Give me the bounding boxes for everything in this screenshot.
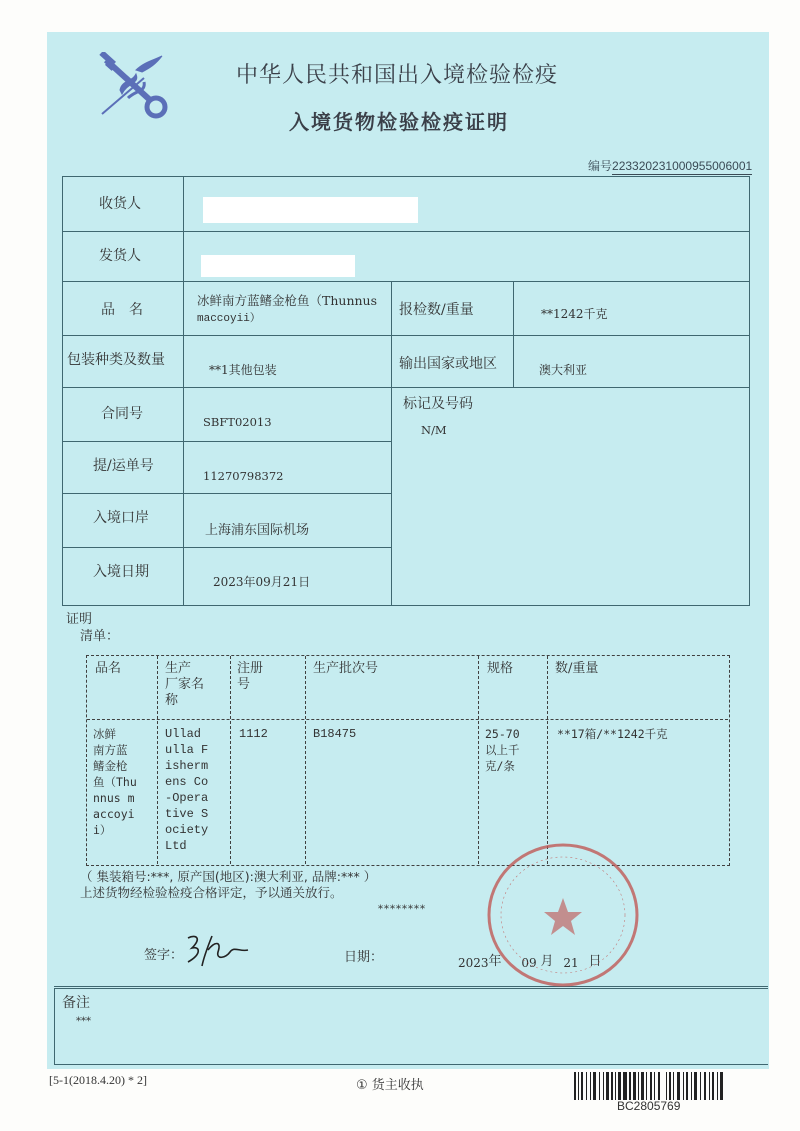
official-red-seal-icon: [484, 840, 642, 990]
col-header-product: 品名: [95, 661, 121, 677]
conclusion-text: 上述货物经检验检疫合格评定，予以通关放行。: [80, 883, 343, 901]
goods-list-table: 品名 生产 厂家名 称 注册 号 生产批次号 规格 数/重量 冰鲜 南方蓝 鳍金…: [86, 655, 730, 866]
remarks-label: 备注: [62, 992, 90, 1012]
declared-qty-value: **1242千克: [541, 305, 608, 322]
cell-manufacturer: Ullad ulla F isherm ens Co -Opera tive S…: [165, 726, 208, 854]
col-header-spec: 规格: [487, 661, 513, 677]
form-code: [5-1(2018.4.20) * 2]: [49, 1073, 147, 1088]
cell-qty-weight: **17箱/**1242千克: [557, 726, 668, 742]
copy-designation: ① 货主收执: [356, 1074, 424, 1093]
col-header-batch-no: 生产批次号: [313, 661, 378, 677]
product-name-label: 品 名: [101, 299, 143, 319]
certificate-number-value: 22332023100095500600‍1: [612, 159, 752, 175]
contract-no-label: 合同号: [101, 403, 143, 423]
certificate-number: 编号22332023100095500600‍1: [588, 157, 752, 174]
entry-date-value: 2023年09月21日: [213, 573, 310, 590]
entry-port-label: 入境口岸: [93, 507, 149, 527]
cell-registration-no: 1112: [239, 726, 268, 742]
marks-label: 标记及号码: [403, 393, 473, 413]
consignee-value-redacted: [203, 197, 418, 223]
packing-value: **1其他包装: [209, 361, 277, 378]
issuer-title: 中华人民共和国出入境检验检疫: [236, 58, 558, 89]
document-title: 入境货物检验检疫证明: [289, 106, 509, 135]
consignee-label: 收货人: [99, 193, 141, 213]
origin-country-label: 输出国家或地区: [399, 353, 497, 373]
entry-port-value: 上海浦东国际机场: [205, 519, 309, 538]
caduceus-key-emblem-icon: [92, 52, 172, 120]
list-label: 清单：: [80, 625, 119, 644]
origin-country-value: 澳大利亚: [539, 361, 587, 378]
consignor-label: 发货人: [99, 245, 141, 265]
marks-value: N/M: [421, 423, 447, 437]
certificate-number-label: 编号: [588, 159, 612, 173]
packing-label: 包装种类及数量: [67, 349, 165, 369]
signature-label: 签字：: [144, 944, 183, 963]
stars-filler: ********: [378, 904, 426, 915]
contract-no-value: SBFT02013: [203, 415, 272, 429]
product-name-value-line1: 冰鲜南方蓝鳍金枪鱼（Thunnus: [197, 291, 377, 309]
handwritten-signature: [182, 932, 254, 968]
date-label: 日期：: [344, 946, 383, 965]
main-form-table: 收货人 发货人 品 名 冰鲜南方蓝鳍金枪鱼（Thunnus maccoyii） …: [62, 176, 750, 606]
declared-qty-label: 报检数/重量: [399, 299, 474, 319]
barcode-number: BC2805769: [617, 1099, 680, 1113]
barcode-icon: [574, 1072, 724, 1100]
entry-date-label: 入境日期: [93, 561, 149, 581]
consignor-value-redacted: [201, 255, 355, 277]
col-header-qty-weight: 数/重量: [555, 661, 598, 677]
col-header-manufacturer: 生产 厂家名 称: [165, 661, 204, 709]
col-header-registration-no: 注册 号: [237, 661, 263, 693]
product-name-value-line2: maccoyii）: [197, 309, 261, 325]
remarks-box: [54, 988, 768, 1065]
cell-batch-no: B18475: [313, 726, 356, 742]
cell-product: 冰鲜 南方蓝 鳍金枪 鱼（Thu nnus m accoyi i）: [93, 726, 137, 838]
bill-of-lading-value: 11270798372: [203, 469, 283, 483]
cell-spec: 25-70 以上千 克/条: [485, 726, 520, 774]
remarks-value: ***: [76, 1016, 91, 1027]
bill-of-lading-label: 提/运单号: [93, 455, 154, 475]
